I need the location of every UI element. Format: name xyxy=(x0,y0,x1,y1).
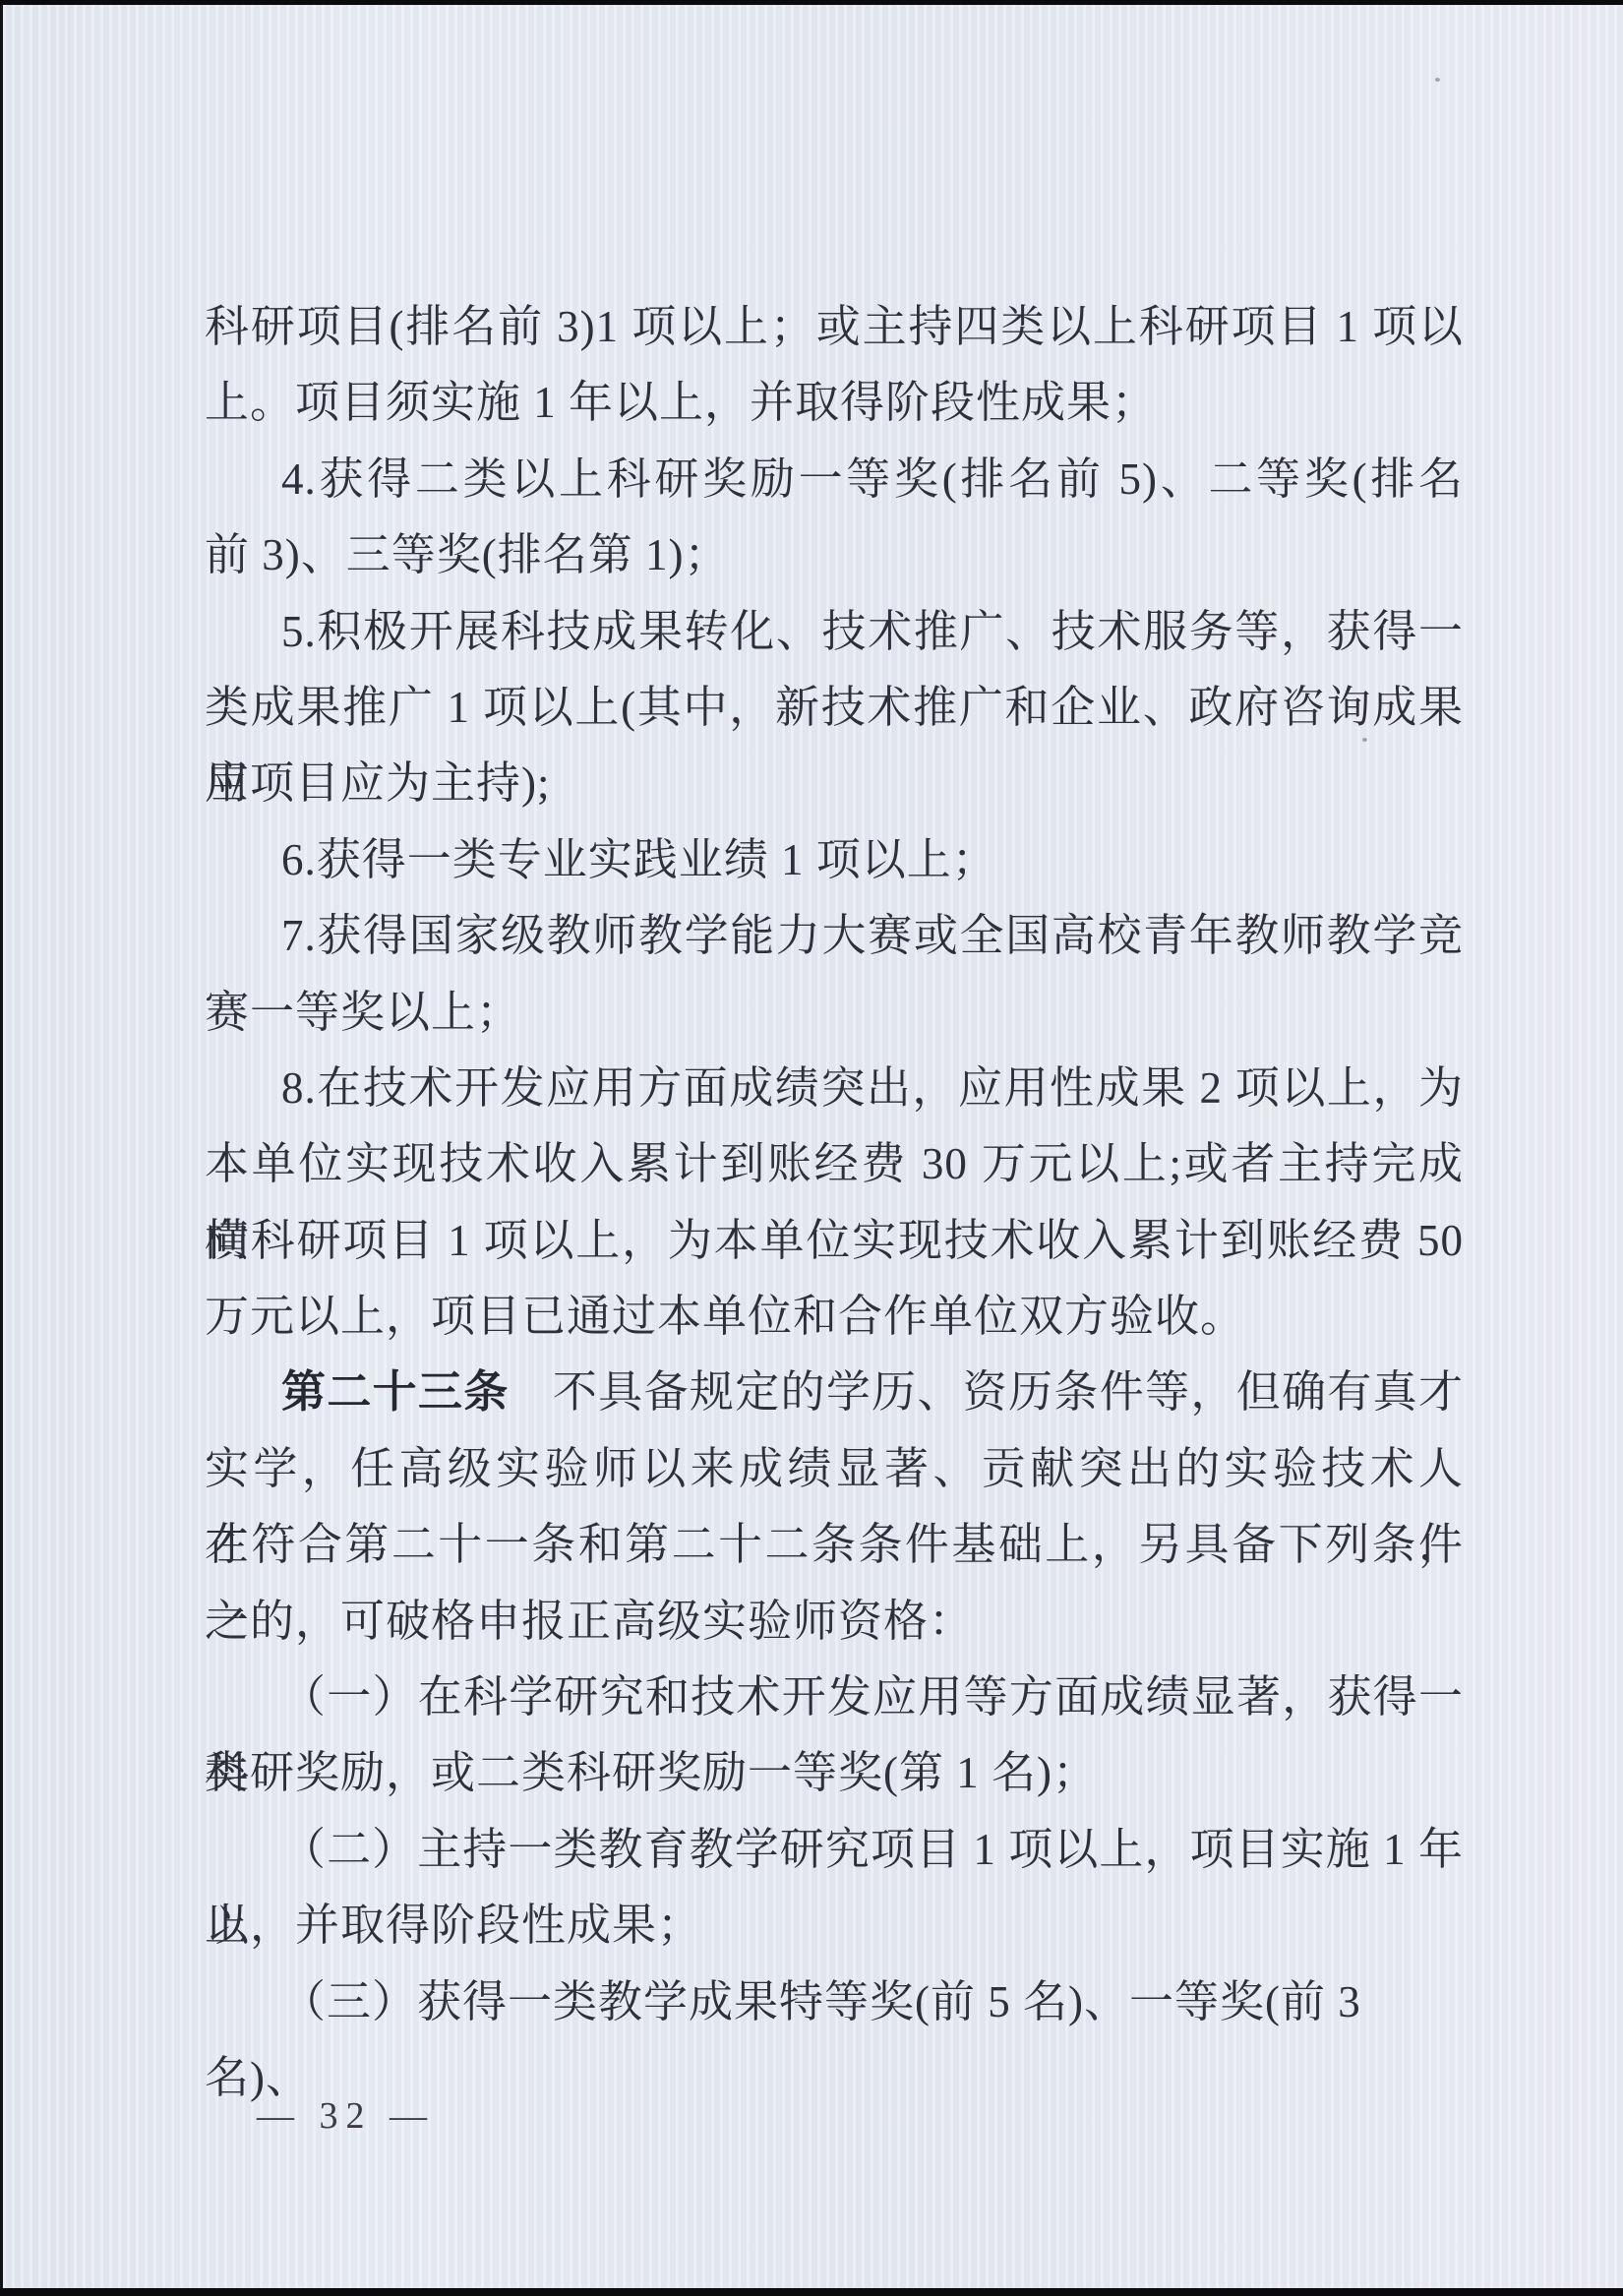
text-line: 万元以上，项目已通过本单位和合作单位双方验收。 xyxy=(205,1279,1464,1355)
text-line: 5.积极开展科技成果转化、技术推广、技术服务等，获得一 xyxy=(205,594,1464,670)
text-line: （一）在科学研究和技术开发应用等方面成绩显著，获得一类 xyxy=(205,1660,1464,1735)
scan-edge-top xyxy=(0,0,1623,5)
text-line: 7.获得国家级教师教学能力大赛或全国高校青年教师教学竞 xyxy=(205,898,1464,974)
scan-dust-speck xyxy=(1362,738,1367,742)
scanned-document: 科研项目(排名前 3)1 项以上；或主持四类以上科研项目 1 项以上。项目须实施… xyxy=(0,0,1623,2296)
scan-edge-left xyxy=(0,0,3,2296)
text-line: 本单位实现技术收入累计到账经费 30 万元以上;或者主持完成横 xyxy=(205,1126,1464,1202)
text-line: 上，并取得阶段性成果； xyxy=(205,1888,1464,1964)
text-line: 赛一等奖以上； xyxy=(205,975,1464,1051)
text-line: 前 3)、三等奖(排名第 1)； xyxy=(205,517,1464,593)
document-page: 科研项目(排名前 3)1 项以上；或主持四类以上科研项目 1 项以上。项目须实施… xyxy=(3,5,1623,2288)
text-line: （三）获得一类教学成果特等奖(前 5 名)、一等奖(前 3 名)、 xyxy=(205,1964,1464,2040)
text-line: 实学，任高级实验师以来成绩显著、贡献突出的实验技术人才， xyxy=(205,1431,1464,1507)
text-line: 6.获得一类专业实践业绩 1 项以上； xyxy=(205,822,1464,898)
text-line: 第二十三条不具备规定的学历、资历条件等，但确有真才 xyxy=(205,1355,1464,1430)
document-body: 科研项目(排名前 3)1 项以上；或主持四类以上科研项目 1 项以上。项目须实施… xyxy=(205,289,1464,2040)
text-line: 向科研项目 1 项以上，为本单位实现技术收入累计到账经费 50 xyxy=(205,1203,1464,1279)
text-line: 4.获得二类以上科研奖励一等奖(排名前 5)、二等奖(排名 xyxy=(205,442,1464,517)
article-heading: 第二十三条 xyxy=(281,1367,510,1417)
scan-edge-bottom xyxy=(0,2288,1623,2296)
text-line: 一的，可破格申报正高级实验师资格： xyxy=(205,1584,1464,1660)
page-number: — 32 — xyxy=(257,2094,435,2138)
text-line: 科研奖励，或二类科研奖励一等奖(第 1 名)； xyxy=(205,1735,1464,1811)
text-line: 用项目应为主持); xyxy=(205,746,1464,821)
text-line: 类成果推广 1 项以上(其中，新技术推广和企业、政府咨询成果应 xyxy=(205,670,1464,746)
scan-dust-speck xyxy=(1435,78,1440,82)
text-line: 8.在技术开发应用方面成绩突出，应用性成果 2 项以上，为 xyxy=(205,1051,1464,1126)
text-line: 科研项目(排名前 3)1 项以上；或主持四类以上科研项目 1 项以 xyxy=(205,289,1464,365)
text-line: （二）主持一类教育教学研究项目 1 项以上，项目实施 1 年以 xyxy=(205,1812,1464,1888)
text-line: 在符合第二十一条和第二十二条条件基础上，另具备下列条件之 xyxy=(205,1507,1464,1583)
text-line: 上。项目须实施 1 年以上，并取得阶段性成果； xyxy=(205,365,1464,441)
